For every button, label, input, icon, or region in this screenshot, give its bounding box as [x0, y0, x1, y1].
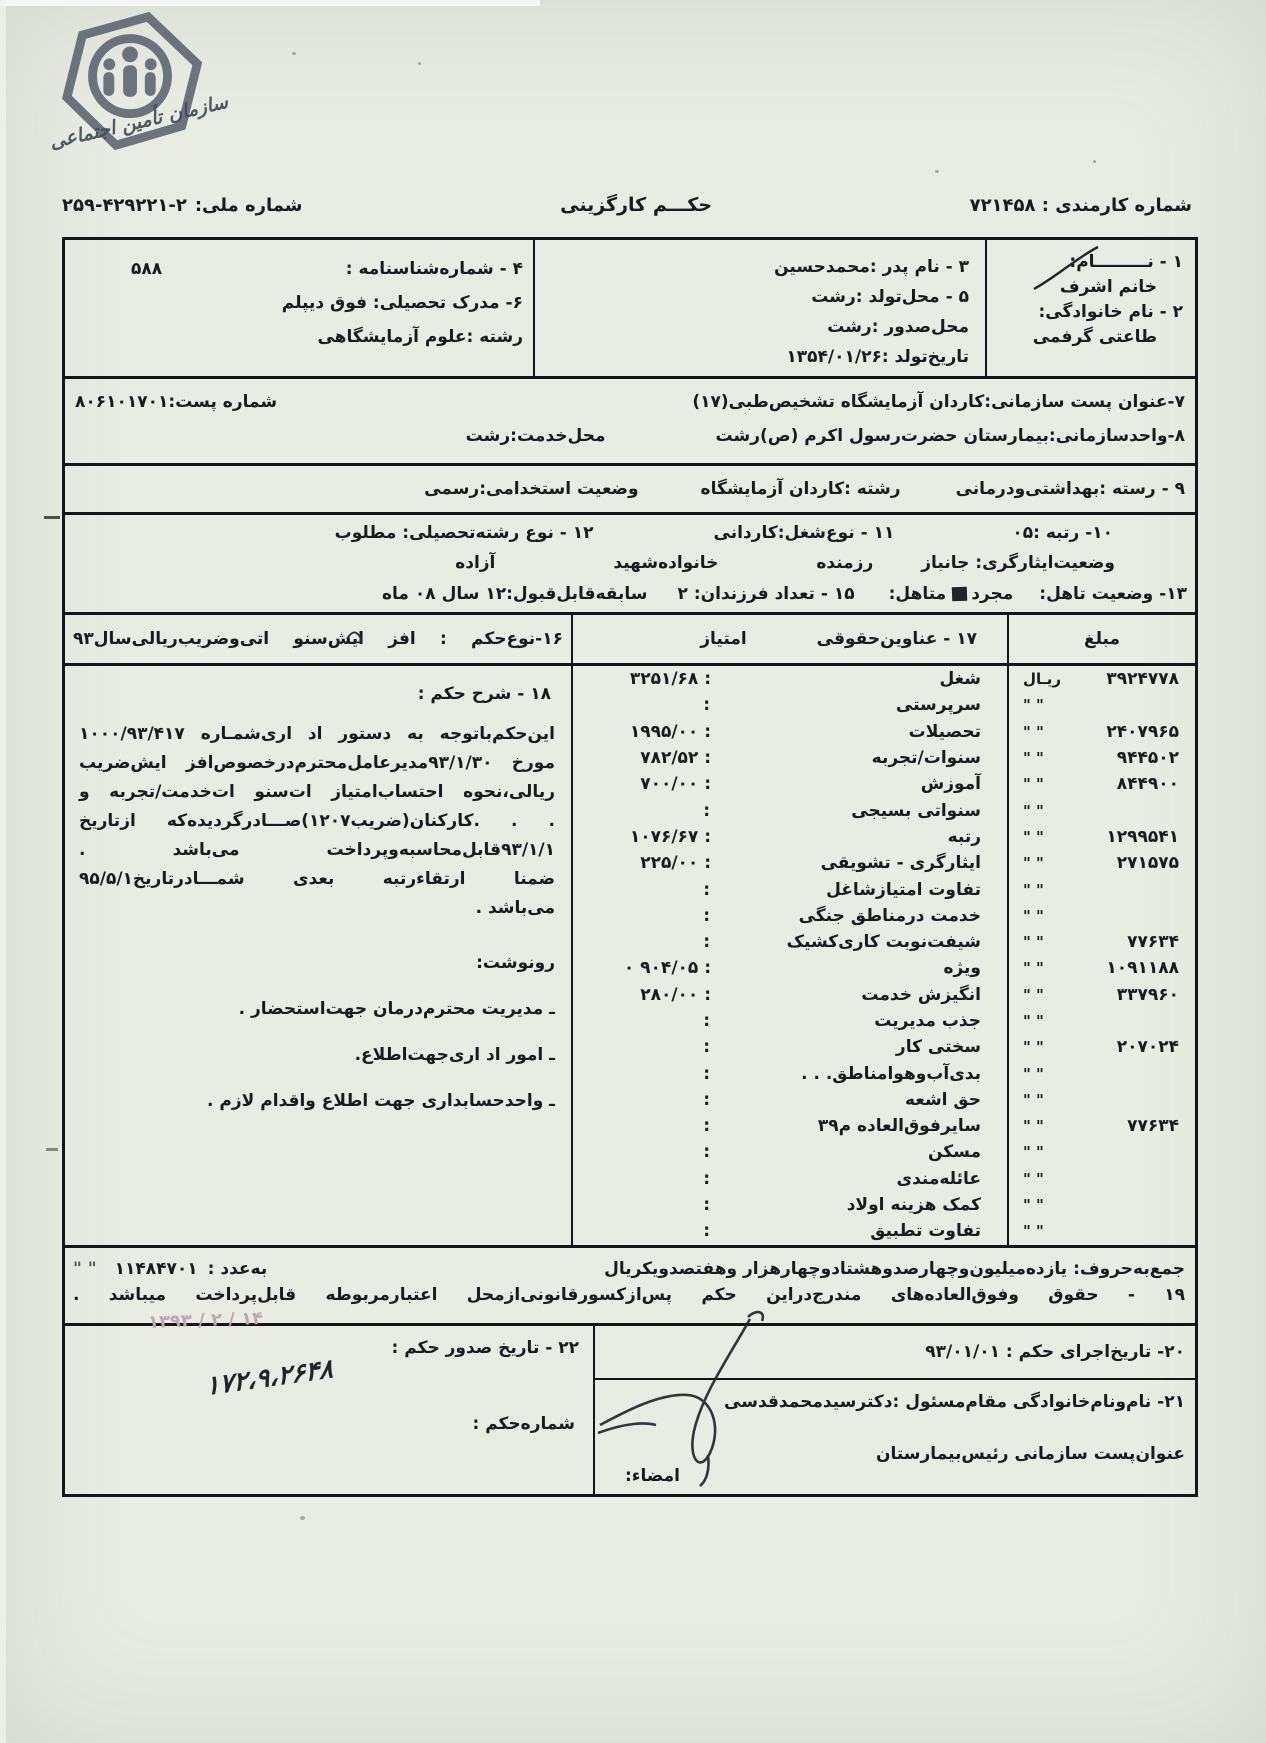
sacrifice-label: وضعیت‌ایثارگری: جانباز [921, 553, 1115, 573]
currency-mark: " " [1009, 959, 1081, 977]
amount-row: " " ۲۰۷۰۲۴ [1009, 1034, 1195, 1060]
amount-value: ۱۰۹۱۱۸۸ [1081, 958, 1195, 978]
salary-item-label: خدمت درمناطق جنگی [799, 906, 981, 926]
salary-item-row: بدی‌آب‌وهوامناطق. . . : [573, 1060, 1007, 1086]
sacrifice-status-row: وضعیت‌ایثارگری: جانباز رزمنده خانواده‌شه… [65, 548, 1195, 578]
salary-item-label: حق اشعه [905, 1090, 981, 1110]
section-status: ۱۰- رتبه :۰۵ ۱۱ - نوع‌شغل:کاردانی ۱۲ - ن… [65, 512, 1195, 612]
amount-row: " " [1009, 797, 1195, 823]
father-name: ۳ - نام پدر :محمدحسین [539, 252, 969, 282]
national-id: شماره ملی: ۲۵۹-۴۲۹۲۲۱-۲ [62, 195, 303, 216]
amount-row: " " [1009, 1087, 1195, 1113]
single-option: مجرد [971, 584, 1013, 604]
execution-date: ۲۰- تاریخ‌اجرای حکم : ۹۳/۰۱/۰۱ [925, 1342, 1185, 1362]
id-number-value: ۵۸۸ [131, 252, 162, 286]
document-title: حکـــم کارگزینی [560, 194, 712, 216]
study-field: رشته :علوم آزمایشگاهی [71, 320, 523, 354]
amount-row: " " [1009, 903, 1195, 929]
accepted-service-record: سابقه‌قابل‌قبول:۱۲ سال ۰۸ ماه [382, 584, 648, 604]
amount-row: " " ۸۴۴۹۰۰ [1009, 771, 1195, 797]
salary-item-points: ۰ ۹۰۴/۰۵ : [613, 958, 711, 978]
amount-row: " " [1009, 876, 1195, 902]
salary-item-points: : [613, 1142, 711, 1162]
amount-row: " " ۲۴۰۷۹۶۵ [1009, 719, 1195, 745]
salary-item-row: خدمت درمناطق جنگی : [573, 903, 1007, 929]
salary-item-label: سرپرستی [896, 695, 981, 715]
section-category: ۹ - رسته :بهداشتی‌ودرمانی رشته :کاردان آ… [65, 463, 1195, 512]
amount-row: " " ۳۳۷۹۶۰ [1009, 982, 1195, 1008]
points-header-label: امتیاز [700, 629, 746, 649]
amount-value: ۷۷۶۳۴ [1081, 932, 1195, 952]
amount-row: " " [1009, 1166, 1195, 1192]
salary-item-row: سایرفوق‌العاده م۳۹ : [573, 1113, 1007, 1139]
scan-edge-left [0, 0, 6, 1743]
salary-item-row: سنوات/تجربه ۷۸۲/۵۲ : [573, 745, 1007, 771]
amount-value: ۲۰۷۰۲۴ [1081, 1037, 1195, 1057]
salary-item-points: : [613, 1090, 711, 1110]
salary-item-points: : [613, 1037, 711, 1057]
currency-mark: " " [1009, 1038, 1081, 1056]
amount-column: مبلغ ریـال ۳۹۲۴۷۷۸ " " " " ۲۴۰۷۹۶۵ " " ۹… [1007, 615, 1195, 1245]
decree-description: ۱۸ - شرح حکم : این‌حکم‌باتوجه به دستور ا… [65, 666, 571, 1111]
currency-mark: " " [1009, 1143, 1081, 1161]
currency-mark: " " [1009, 696, 1081, 714]
currency-mark: " " [1009, 1065, 1081, 1083]
salary-item-row: ویژه ۰ ۹۰۴/۰۵ : [573, 955, 1007, 981]
identity-birth-column: ۳ - نام پدر :محمدحسین ۵ - محل‌تولد :رشت … [533, 240, 985, 376]
scanned-personnel-decree: سازمان تأمین اجتماعی شماره کارمندی : ۷۲۱… [0, 0, 1266, 1743]
currency-mark: " " [1009, 1196, 1081, 1214]
amount-value: ۸۴۴۹۰۰ [1081, 774, 1195, 794]
org-unit: ۸-واحدسازمانی:بیمارستان حضرت‌رسول اکرم (… [715, 426, 1185, 446]
salary-item-points: : [613, 1169, 711, 1189]
marital-status-row: ۱۳- وضعیت تاهل: مجرد متاهل: ۱۵ - تعداد ف… [65, 578, 1195, 609]
signature-icon [570, 1303, 795, 1488]
salary-item-points: ۷۰۰/۰۰ : [613, 774, 711, 794]
salary-item-label: تفاوت تطبیق [870, 1221, 981, 1241]
amount-row: ریـال ۳۹۲۴۷۷۸ [1009, 666, 1195, 692]
employee-number: شماره کارمندی : ۷۲۱۴۵۸ [970, 195, 1192, 216]
birth-date: تاریخ‌تولد :۱۳۵۴/۰۱/۲۶ [539, 342, 969, 372]
salary-item-row: شغل ۳۲۵۱/۶۸ : [573, 666, 1007, 692]
salary-item-label: تحصیلات [909, 722, 981, 742]
salary-item-row: شیفت‌نوبت کاری‌کشیک : [573, 929, 1007, 955]
description-line: مورخ ۹۳/۱/۳۰مدیرعامل‌محترم‌درخصوص‌افز ای… [79, 749, 555, 778]
employment-status: وضعیت استخدامی:رسمی [424, 479, 638, 499]
copy-recipient: ـ واحدحسابداری جهت اطلاع واقدام لازم . [79, 1091, 555, 1111]
post-title: ۷-عنوان پست سازمانی:کاردان آزمایشگاه تشخ… [692, 392, 1185, 412]
national-id-label: شماره ملی: [195, 195, 303, 216]
ditto-mark: " " [73, 1259, 97, 1279]
currency-mark: " " [1009, 802, 1081, 820]
identity-education-column: ۴ - شماره‌شناسنامه : ۵۸۸ ۶- مدرک تحصیلی:… [65, 240, 533, 376]
married-option: متاهل: [889, 584, 947, 604]
copy-recipient: ـ امور اد اری‌جهت‌اطلاع. [79, 1045, 555, 1065]
section-salary-and-description: مبلغ ریـال ۳۹۲۴۷۷۸ " " " " ۲۴۰۷۹۶۵ " " ۹… [65, 612, 1195, 1245]
description-line: این‌حکم‌باتوجه به دستور اد اری‌شمـاره ۱۰… [79, 720, 555, 749]
salary-item-points: ۱۰۷۶/۶۷ : [613, 827, 711, 847]
salary-item-row: تفاوت تطبیق : [573, 1218, 1007, 1244]
salary-rows-amounts: ریـال ۳۹۲۴۷۷۸ " " " " ۲۴۰۷۹۶۵ " " ۹۴۴۵۰۲… [1009, 666, 1195, 1245]
org-unit-row: ۸-واحدسازمانی:بیمارستان حضرت‌رسول اکرم (… [75, 419, 1185, 453]
reshte: رشته :کاردان آزمایشگاه [701, 479, 901, 499]
salary-item-points: ۱۹۹۵/۰۰ : [613, 722, 711, 742]
document-header: شماره کارمندی : ۷۲۱۴۵۸ حکـــم کارگزینی ش… [62, 194, 1192, 216]
points-header: ۱۷ - عناوین‌حقوقی امتیاز [573, 615, 1007, 666]
salary-item-row: حق اشعه : [573, 1087, 1007, 1113]
salary-item-points: ۳۲۵۱/۶۸ : [613, 669, 711, 689]
salary-item-row: جذب مدیریت : [573, 1008, 1007, 1034]
salary-item-points: ۲۲۵/۰۰ : [613, 853, 711, 873]
amount-value: ۹۴۴۵۰۲ [1081, 748, 1195, 768]
total-digits-label: به‌عدد : [208, 1259, 268, 1279]
salary-item-points: : [613, 906, 711, 926]
salary-item-points: : [613, 695, 711, 715]
degree: ۶- مدرک تحصیلی: فوق دیپلم [71, 286, 523, 320]
sacrifice-martyr-family: خانواده‌شهید [613, 553, 718, 573]
currency-mark: " " [1009, 1222, 1081, 1240]
salary-item-points: : [613, 1011, 711, 1031]
currency-mark: " " [1009, 933, 1081, 951]
salary-item-points: : [613, 801, 711, 821]
rank: ۱۰- رتبه :۰۵ [1012, 523, 1113, 543]
salary-item-row: سنواتی بسیجی : [573, 797, 1007, 823]
currency-mark: " " [1009, 723, 1081, 741]
copies-heading: رونوشت: [79, 953, 555, 973]
section-post: ۷-عنوان پست سازمانی:کاردان آزمایشگاه تشخ… [65, 376, 1195, 463]
salary-item-row: ایثارگری - تشویقی ۲۲۵/۰۰ : [573, 850, 1007, 876]
amount-value: ۲۷۱۵۷۵ [1081, 853, 1195, 873]
sacrifice-azade: آزاده [455, 553, 495, 573]
amount-row: " " ۱۲۹۹۵۴۱ [1009, 824, 1195, 850]
description-line: . . .کارکنان(ضریب۱۲۰۷)صـــادرگردیده‌که ا… [79, 807, 555, 836]
salary-item-points: : [613, 880, 711, 900]
currency-mark: " " [1009, 1170, 1081, 1188]
salary-item-row: رتبه ۱۰۷۶/۶۷ : [573, 824, 1007, 850]
description-line: ضمنا ارتقاءرتبه بعدی شمـــادرتاریخ۹۵/۵/۱ [79, 865, 555, 894]
raste: ۹ - رسته :بهداشتی‌ودرمانی [956, 479, 1185, 499]
decree-type-header: ۱۶-نوع‌حکم : افز ایش‌سنو اتی‌وضریب‌ریالی… [65, 615, 571, 666]
field-type: ۱۲ - نوع رشته‌تحصیلی: مطلوب [335, 523, 594, 543]
salary-item-label: شیفت‌نوبت کاری‌کشیک [787, 932, 981, 952]
currency-mark: " " [1009, 749, 1081, 767]
currency-mark: " " [1009, 1091, 1081, 1109]
amount-row: " " ۲۷۱۵۷۵ [1009, 850, 1195, 876]
scan-edge-top [0, 0, 540, 6]
points-column: ۱۷ - عناوین‌حقوقی امتیاز شغل ۳۲۵۱/۶۸ : س… [571, 615, 1007, 1245]
handwritten-checkmark-icon [1030, 243, 1102, 293]
salary-item-points: : [613, 1064, 711, 1084]
salary-item-label: تفاوت امتیازشاغل [826, 880, 981, 900]
amount-value: ۲۴۰۷۹۶۵ [1081, 722, 1195, 742]
marital-label: ۱۳- وضعیت تاهل: [1039, 584, 1187, 604]
description-paragraph: این‌حکم‌باتوجه به دستور اد اری‌شمـاره ۱۰… [79, 720, 555, 923]
salary-item-label: کمک هزینه اولاد [847, 1195, 981, 1215]
post-number: شماره پست:۸۰۶۱۰۱۷۰۱ [75, 392, 277, 412]
description-line: می‌باشد . [79, 894, 555, 923]
salary-item-points: : [613, 1221, 711, 1241]
salary-item-row: کمک هزینه اولاد : [573, 1192, 1007, 1218]
sacrifice-razmande: رزمنده [816, 553, 873, 573]
salary-item-label: رتبه [948, 827, 981, 847]
post-title-row: ۷-عنوان پست سازمانی:کاردان آزمایشگاه تشخ… [75, 385, 1185, 419]
salary-item-label: سنواتی بسیجی [851, 801, 981, 821]
salary-rows-points: شغل ۳۲۵۱/۶۸ : سرپرستی : تحصیلات ۱۹۹۵/۰۰ … [573, 666, 1007, 1245]
family-name-label: ۲ - نام خانوادگی: [991, 300, 1183, 324]
copies-list: ـ مدیریت محترم‌درمان جهت‌استحضار .ـ امور… [79, 999, 555, 1111]
family-name-value: طاعتی گرفمی [991, 324, 1183, 350]
decree-number-label: شماره‌حکم : [65, 1414, 579, 1434]
total-digits-value: ۱۱۴۸۴۷۰۱ [115, 1259, 198, 1279]
amount-row: " " [1009, 1139, 1195, 1165]
currency-mark: " " [1009, 986, 1081, 1004]
currency-mark: " " [1009, 775, 1081, 793]
currency-mark: ریـال [1009, 670, 1081, 688]
amount-row: " " ۷۷۶۳۴ [1009, 1113, 1195, 1139]
amount-row: " " ۱۰۹۱۱۸۸ [1009, 955, 1195, 981]
currency-mark: " " [1009, 854, 1081, 872]
amount-value: ۳۹۲۴۷۷۸ [1081, 669, 1195, 689]
amount-row: " " [1009, 1008, 1195, 1034]
issue-place: محل‌صدور :رشت [539, 312, 969, 342]
currency-mark: " " [1009, 1117, 1081, 1135]
amount-header: مبلغ [1009, 615, 1195, 666]
service-place: محل‌خدمت:رشت [466, 426, 606, 446]
description-heading: ۱۸ - شرح حکم : [79, 684, 551, 704]
total-in-words: جمع‌به‌حروف: یازده‌میلیون‌وچهارصدوهشتادو… [604, 1259, 1185, 1279]
salary-item-label: آموزش [921, 774, 981, 794]
salary-item-row: آموزش ۷۰۰/۰۰ : [573, 771, 1007, 797]
salary-item-label: شغل [940, 669, 982, 689]
amount-row: " " [1009, 1192, 1195, 1218]
scan-mark [44, 516, 60, 519]
salary-item-label: ویژه [943, 958, 981, 978]
salary-item-label: عائله‌مندی [897, 1169, 982, 1189]
decree-type: ۱۶-نوع‌حکم : افز ایش‌سنو اتی‌وضریب‌ریالی… [73, 629, 563, 649]
currency-mark: " " [1009, 907, 1081, 925]
salary-item-points: : [613, 1195, 711, 1215]
id-number-row: ۴ - شماره‌شناسنامه : ۵۸۸ [71, 252, 523, 286]
salary-item-row: تفاوت امتیازشاغل : [573, 876, 1007, 902]
rank-row: ۱۰- رتبه :۰۵ ۱۱ - نوع‌شغل:کاردانی ۱۲ - ن… [65, 518, 1195, 548]
currency-mark: " " [1009, 1012, 1081, 1030]
salary-item-label: سایرفوق‌العاده م۳۹ [818, 1116, 981, 1136]
description-line: ریالی،نحوه احتساب‌امتیاز ات‌سنو ات‌خدمت/… [79, 778, 555, 807]
amount-value: ۱۲۹۹۵۴۱ [1081, 827, 1195, 847]
salary-item-label: انگیزش خدمت [861, 985, 981, 1005]
salary-item-label: بدی‌آب‌وهوامناطق. . . [801, 1064, 981, 1084]
amount-row: " " ۷۷۶۳۴ [1009, 929, 1195, 955]
salary-item-label: مسکن [928, 1142, 981, 1162]
amount-row: " " [1009, 1218, 1195, 1244]
salary-items-header: ۱۷ - عناوین‌حقوقی [817, 629, 977, 649]
salary-item-points: ۷۸۲/۵۲ : [613, 748, 711, 768]
amount-value: ۷۷۶۳۴ [1081, 1116, 1195, 1136]
married-checkbox [952, 586, 967, 601]
salary-item-points: ۲۸۰/۰۰ : [613, 985, 711, 1005]
handwritten-tick-icon [344, 626, 372, 646]
amount-value: ۳۳۷۹۶۰ [1081, 985, 1195, 1005]
salary-item-row: سرپرستی : [573, 692, 1007, 718]
salary-item-label: جذب مدیریت [874, 1011, 981, 1031]
salary-item-label: سختی کار [896, 1037, 981, 1057]
total-row: جمع‌به‌حروف: یازده‌میلیون‌وچهارصدوهشتادو… [73, 1253, 1185, 1285]
salary-item-row: سختی کار : [573, 1034, 1007, 1060]
salary-item-row: عائله‌مندی : [573, 1166, 1007, 1192]
issue-date-stamp: ۱۳۹۳ / ۲ / ۱۴ [148, 1308, 264, 1333]
amount-row: " " ۹۴۴۵۰۲ [1009, 745, 1195, 771]
birth-place: ۵ - محل‌تولد :رشت [539, 282, 969, 312]
id-number-label: ۴ - شماره‌شناسنامه : [346, 252, 523, 286]
job-type: ۱۱ - نوع‌شغل:کاردانی [714, 523, 895, 543]
scan-mark [46, 1148, 58, 1151]
national-id-value: ۲۵۹-۴۲۹۲۲۱-۲ [62, 195, 187, 216]
copy-recipient: ـ مدیریت محترم‌درمان جهت‌استحضار . [79, 999, 555, 1019]
children-count: ۱۵ - تعداد فرزندان: ۲ [678, 584, 855, 604]
amount-row: " " [1009, 692, 1195, 718]
currency-mark: " " [1009, 881, 1081, 899]
amount-row: " " [1009, 1060, 1195, 1086]
description-column: ۱۶-نوع‌حکم : افز ایش‌سنو اتی‌وضریب‌ریالی… [65, 615, 571, 1245]
salary-item-row: مسکن : [573, 1139, 1007, 1165]
salary-item-points: : [613, 1116, 711, 1136]
salary-item-row: تحصیلات ۱۹۹۵/۰۰ : [573, 719, 1007, 745]
salary-item-label: سنوات/تجربه [872, 748, 981, 768]
description-line: ۹۳/۱/۱قابل‌محاسبه‌وپرداخت می‌باشد . [79, 836, 555, 865]
salary-item-row: انگیزش خدمت ۲۸۰/۰۰ : [573, 982, 1007, 1008]
issue-date-cell: ۲۲ - تاریخ صدور حکم : شماره‌حکم : [65, 1326, 593, 1494]
section-identity: ۱ - نـــــــــام: خانم اشرف ۲ - نام خانو… [65, 240, 1195, 376]
salary-item-points: : [613, 932, 711, 952]
salary-item-label: ایثارگری - تشویقی [821, 853, 981, 873]
currency-mark: " " [1009, 828, 1081, 846]
